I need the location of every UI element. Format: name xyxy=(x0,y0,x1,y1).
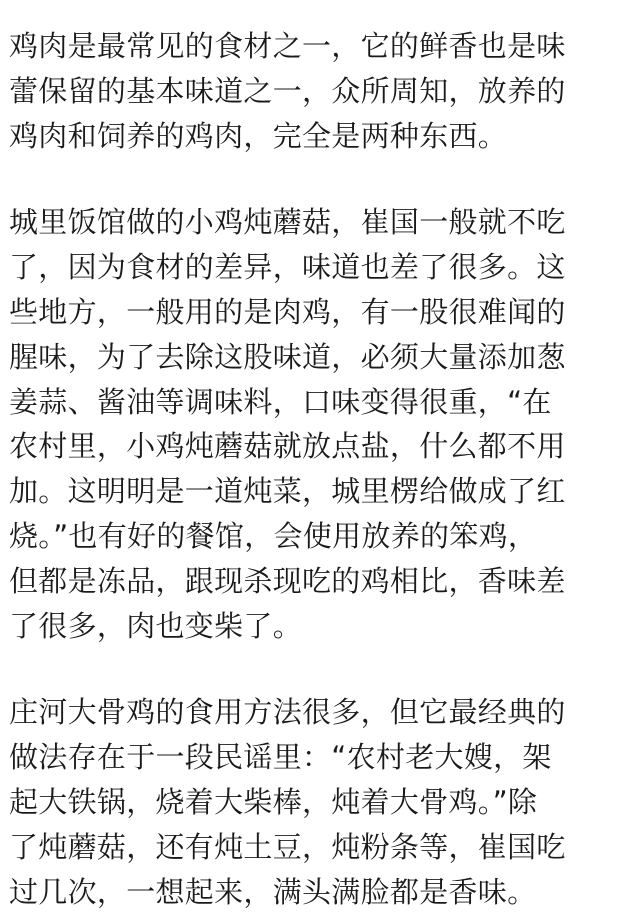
text-line: 腥味，为了去除这股味道，必须大量添加葱 xyxy=(9,335,633,380)
text-line: 鸡肉和饲养的鸡肉，完全是两种东西。 xyxy=(9,114,633,159)
text-line: 烧。”也有好的餐馆，会使用放养的笨鸡， xyxy=(9,514,633,559)
paragraph-intro: 鸡肉是最常见的食材之一，它的鲜香也是味 蕾保留的基本味道之一，众所周知，放养的 … xyxy=(9,24,633,158)
text-line: 城里饭馆做的小鸡炖蘑菇，崔国一般就不吃 xyxy=(9,200,633,245)
text-line: 农村里，小鸡炖蘑菇就放点盐，什么都不用 xyxy=(9,424,633,469)
text-line: 但都是冻品，跟现杀现吃的鸡相比，香味差 xyxy=(9,559,633,604)
text-line: 庄河大骨鸡的食用方法很多，但它最经典的 xyxy=(9,690,633,735)
text-line: 了炖蘑菇，还有炖土豆，炖粉条等，崔国吃 xyxy=(9,825,633,870)
text-line: 蕾保留的基本味道之一，众所周知，放养的 xyxy=(9,69,633,114)
text-line: 了，因为食材的差异，味道也差了很多。这 xyxy=(9,245,633,290)
text-line: 了很多，肉也变柴了。 xyxy=(9,604,633,649)
text-line: 过几次，一想起来，满头满脸都是香味。 xyxy=(9,870,633,915)
article-body: 鸡肉是最常见的食材之一，它的鲜香也是味 蕾保留的基本味道之一，众所周知，放养的 … xyxy=(9,24,633,914)
text-line: 加。这明明是一道炖菜，城里楞给做成了红 xyxy=(9,469,633,514)
paragraph-zhuanghe-chicken: 庄河大骨鸡的食用方法很多，但它最经典的 做法存在于一段民谣里：“农村老大嫂，架 … xyxy=(9,690,633,914)
text-line: 姜蒜、酱油等调味料，口味变得很重，“在 xyxy=(9,380,633,425)
text-line: 些地方，一般用的是肉鸡，有一股很难闻的 xyxy=(9,290,633,335)
paragraph-city-restaurants: 城里饭馆做的小鸡炖蘑菇，崔国一般就不吃 了，因为食材的差异，味道也差了很多。这 … xyxy=(9,200,633,648)
text-line: 做法存在于一段民谣里：“农村老大嫂，架 xyxy=(9,735,633,780)
text-line: 起大铁锅，烧着大柴棒，炖着大骨鸡。”除 xyxy=(9,780,633,825)
text-line: 鸡肉是最常见的食材之一，它的鲜香也是味 xyxy=(9,24,633,69)
